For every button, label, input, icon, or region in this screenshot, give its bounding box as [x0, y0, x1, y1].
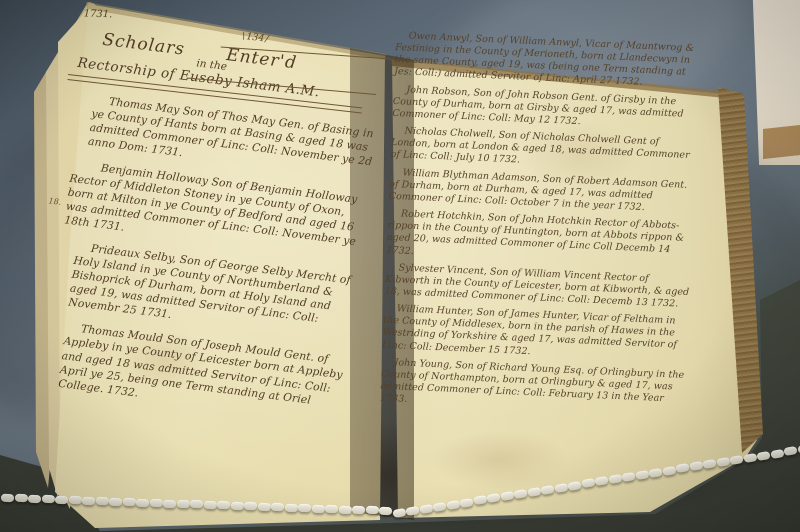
- bead: [109, 497, 122, 505]
- bead: [635, 470, 649, 480]
- bead-weight-cord: [0, 0, 800, 532]
- bead: [41, 495, 54, 503]
- bead: [500, 491, 514, 501]
- bead: [756, 451, 770, 461]
- bead: [459, 498, 473, 508]
- bead: [743, 453, 757, 463]
- bead: [230, 502, 243, 510]
- bead: [55, 496, 68, 504]
- bead: [311, 504, 324, 512]
- bead: [675, 464, 689, 474]
- bead: [621, 472, 635, 482]
- bead: [554, 483, 568, 493]
- bead: [486, 493, 500, 503]
- bead: [581, 478, 595, 488]
- bead: [540, 485, 554, 495]
- bead: [729, 455, 743, 465]
- bead: [28, 495, 41, 503]
- bead: [405, 506, 419, 516]
- bead: [149, 499, 162, 507]
- bead: [648, 468, 662, 478]
- bead: [176, 500, 189, 508]
- bead: [1, 494, 14, 502]
- bead: [163, 499, 176, 507]
- bead: [567, 481, 581, 491]
- bead: [325, 505, 338, 513]
- bead: [271, 503, 284, 511]
- bead: [702, 459, 716, 469]
- bead: [352, 506, 365, 514]
- bead: [716, 457, 730, 467]
- bead: [783, 446, 797, 456]
- bead: [82, 497, 95, 505]
- bead: [190, 500, 203, 508]
- bead: [432, 502, 446, 512]
- bead: [662, 466, 676, 476]
- bead: [419, 504, 433, 514]
- bead: [689, 461, 703, 471]
- bead: [68, 496, 81, 504]
- bead: [244, 502, 257, 510]
- bead: [257, 503, 270, 511]
- bead: [608, 474, 622, 484]
- bead: [14, 494, 27, 502]
- bead: [770, 449, 784, 459]
- bead: [379, 507, 392, 515]
- bead: [513, 489, 527, 499]
- bead: [136, 498, 149, 506]
- bead: [284, 503, 297, 511]
- bead: [338, 505, 351, 513]
- bead: [473, 496, 487, 506]
- bead: [594, 476, 608, 486]
- bead: [527, 487, 541, 497]
- bead: [365, 506, 378, 514]
- bead: [298, 504, 311, 512]
- photo: 1731. 134 Scholars Enter'd in the Rector…: [0, 0, 800, 532]
- bead: [203, 501, 216, 509]
- bead: [392, 508, 406, 518]
- bead: [217, 501, 230, 509]
- bead: [122, 498, 135, 506]
- bead: [446, 500, 460, 510]
- bead: [95, 497, 108, 505]
